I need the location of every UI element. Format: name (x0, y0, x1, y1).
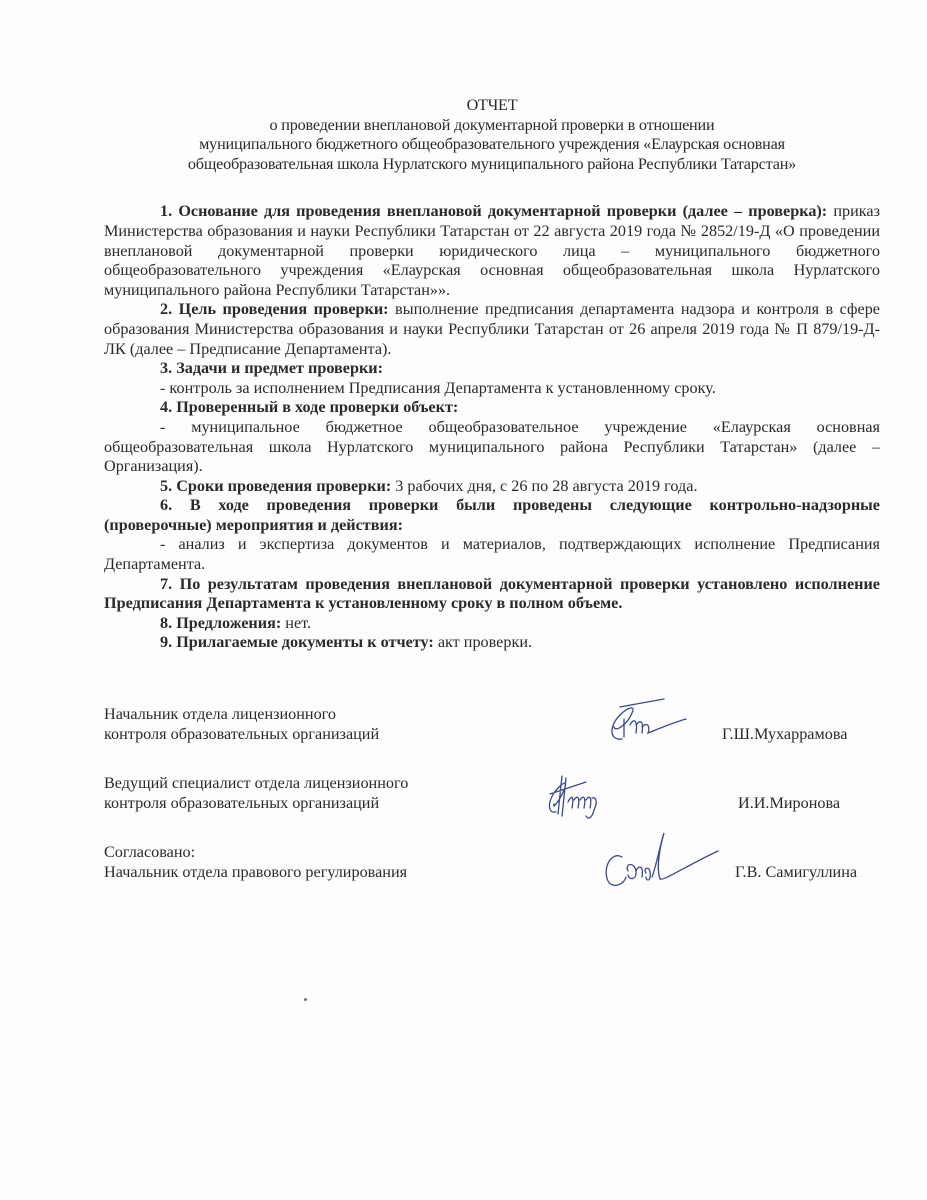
section-heading: 6. В ходе проведения проверки были прове… (104, 496, 880, 534)
signature-row-3: Согласовано: Начальник отдела правового … (104, 843, 880, 899)
section-heading: 9. Прилагаемые документы к отчету: (160, 633, 434, 651)
section-4: 4. Проверенный в ходе проверки объект: (104, 398, 880, 418)
section-8: 8. Предложения: нет. (104, 614, 880, 634)
signer-name: И.И.Миронова (738, 794, 840, 814)
signature-icon (602, 697, 692, 745)
signature-icon (542, 768, 622, 828)
header-line-3: общеобразовательная школа Нурлатского му… (104, 155, 880, 175)
section-9: 9. Прилагаемые документы к отчету: акт п… (104, 633, 880, 653)
signer-name: Г.В. Самигуллина (735, 863, 857, 883)
section-heading: 3. Задачи и предмет проверки: (160, 359, 383, 377)
section-6: 6. В ходе проведения проверки были прове… (104, 496, 880, 535)
section-6-item: - анализ и экспертиза документов и матер… (104, 535, 880, 574)
signature-row-1: Начальник отдела лицензионного контроля … (104, 705, 880, 761)
document-header: ОТЧЕТ о проведении внеплановой документа… (104, 96, 880, 174)
section-1: 1. Основание для проведения внеплановой … (104, 202, 880, 300)
section-2: 2. Цель проведения проверки: выполнение … (104, 300, 880, 359)
document-title: ОТЧЕТ (104, 96, 880, 116)
section-heading: 2. Цель проведения проверки: (160, 300, 389, 318)
signer-name: Г.Ш.Мухаррамова (722, 725, 847, 745)
section-5: 5. Сроки проведения проверки: 3 рабочих … (104, 477, 880, 497)
signer-position: Ведущий специалист отдела лицензионного … (104, 774, 408, 813)
section-4-item: - муниципальное бюджетное общеобразовате… (104, 418, 880, 477)
section-3-item: - контроль за исполнением Предписания Де… (104, 379, 880, 399)
position-line: Согласовано: (104, 843, 407, 863)
signer-position: Начальник отдела лицензионного контроля … (104, 705, 379, 744)
position-line: Начальник отдела лицензионного (104, 705, 379, 725)
header-line-1: о проведении внеплановой документарной п… (104, 116, 880, 136)
section-text: 3 рабочих дня, с 26 по 28 августа 2019 г… (391, 477, 697, 495)
section-heading: 8. Предложения: (160, 614, 281, 632)
paper-speck (304, 998, 307, 1001)
position-line: Ведущий специалист отдела лицензионного (104, 774, 408, 794)
section-heading: 7. По результатам проведения внеплановой… (104, 575, 880, 613)
section-3: 3. Задачи и предмет проверки: (104, 359, 880, 379)
position-line: Начальник отдела правового регулирования (104, 863, 407, 883)
signature-block: Начальник отдела лицензионного контроля … (104, 705, 880, 912)
header-line-2: муниципального бюджетного общеобразовате… (104, 135, 880, 155)
section-heading: 5. Сроки проведения проверки: (160, 477, 391, 495)
signature-row-2: Ведущий специалист отдела лицензионного … (104, 774, 880, 830)
section-text: акт проверки. (434, 633, 532, 651)
signer-position: Согласовано: Начальник отдела правового … (104, 843, 407, 882)
position-line: контроля образовательных организаций (104, 794, 408, 814)
report-sections: 1. Основание для проведения внеплановой … (104, 202, 880, 653)
section-7: 7. По результатам проведения внеплановой… (104, 575, 880, 614)
document-page: ОТЧЕТ о проведении внеплановой документа… (104, 96, 880, 653)
section-heading: 1. Основание для проведения внеплановой … (160, 202, 827, 220)
signature-icon (594, 827, 724, 893)
position-line: контроля образовательных организаций (104, 725, 379, 745)
section-text: нет. (281, 614, 311, 632)
section-heading: 4. Проверенный в ходе проверки объект: (160, 398, 458, 416)
